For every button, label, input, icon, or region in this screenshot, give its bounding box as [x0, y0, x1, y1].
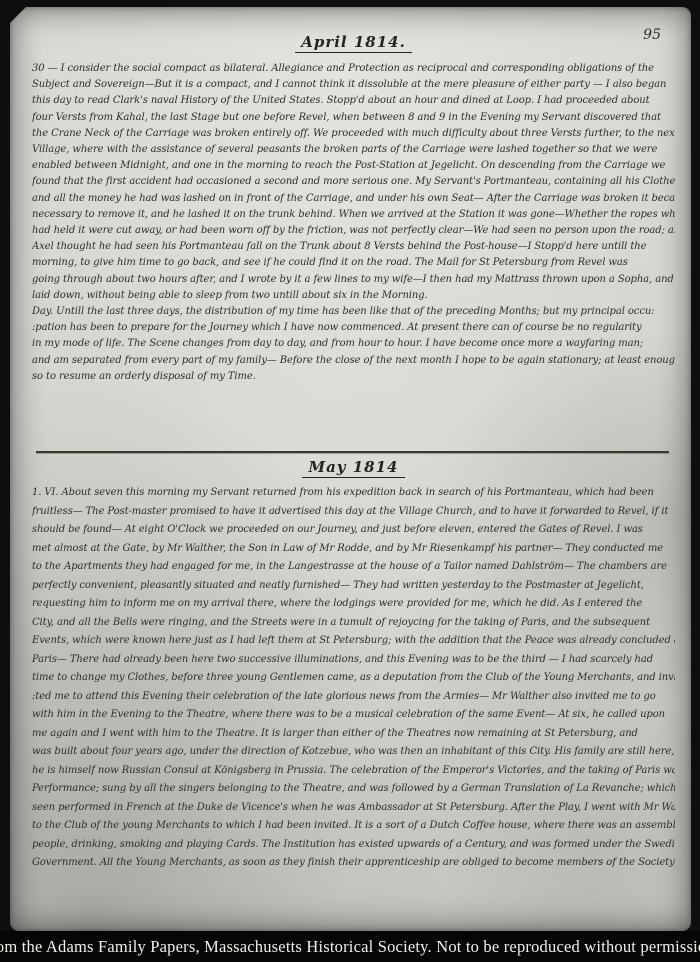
april-lines: 30 — I consider the social compact as bi…	[32, 61, 675, 385]
april-heading: April 1814.	[295, 33, 412, 53]
manuscript-line: 1. VI. About seven this morning my Serva…	[32, 484, 675, 503]
manuscript-line: seen performed in French at the Duke de …	[32, 799, 675, 818]
manuscript-line: should be found— At eight O'Clock we pro…	[32, 521, 675, 540]
manuscript-line: Subject and Sovereign—But it is a compac…	[32, 77, 675, 93]
manuscript-line: :ted me to attend this Evening their cel…	[32, 688, 675, 707]
manuscript-line: had held it were cut away, or had been w…	[32, 223, 675, 239]
caption-text: From the Adams Family Papers, Massachuse…	[0, 937, 700, 957]
manuscript-line: to the Apartments they had engaged for m…	[32, 558, 675, 577]
manuscript-line: City, and all the Bells were ringing, an…	[32, 614, 675, 633]
manuscript-line: fruitless— The Post-master promised to h…	[32, 503, 675, 522]
caption-bar: From the Adams Family Papers, Massachuse…	[0, 931, 700, 962]
manuscript-line: people, drinking, smoking and playing Ca…	[32, 836, 675, 855]
may-heading: May 1814	[302, 458, 404, 478]
manuscript-line: time to change my Clothes, before three …	[32, 669, 675, 688]
manuscript-line: and am separated from every part of my f…	[32, 353, 675, 369]
manuscript-line: to the Club of the young Merchants to wh…	[32, 817, 675, 836]
manuscript-line: me again and I went with him to the Thea…	[32, 725, 675, 744]
manuscript-line: was built about four years ago, under th…	[32, 743, 675, 762]
manuscript-line: Paris— There had already been here two s…	[32, 651, 675, 670]
may-entry: May 1814 1. VI. About seven this morning…	[32, 458, 675, 873]
archival-frame: 95 April 1814. 30 — I consider the socia…	[0, 0, 700, 962]
manuscript-line: 30 — I consider the social compact as bi…	[32, 61, 675, 77]
manuscript-line: the Crane Neck of the Carriage was broke…	[32, 126, 675, 142]
manuscript-line: four Versts from Kahal, the last Stage b…	[32, 110, 675, 126]
manuscript-line: laid down, without being able to sleep f…	[32, 288, 675, 304]
page-number: 95	[643, 27, 661, 43]
manuscript-line: found that the first accident had occasi…	[32, 174, 675, 190]
manuscript-line: he is himself now Russian Consul at Köni…	[32, 762, 675, 781]
april-entry: April 1814. 30 — I consider the social c…	[32, 33, 675, 385]
manuscript-line: Village, where with the assistance of se…	[32, 142, 675, 158]
manuscript-line: necessary to remove it, and he lashed it…	[32, 207, 675, 223]
manuscript-line: Day. Untill the last three days, the dis…	[32, 304, 675, 320]
manuscript-line: requesting him to inform me on my arriva…	[32, 595, 675, 614]
manuscript-line: Government. All the Young Merchants, as …	[32, 854, 675, 873]
manuscript-line: so to resume an orderly disposal of my T…	[32, 369, 675, 385]
manuscript-line: Performance; sung by all the singers bel…	[32, 780, 675, 799]
manuscript-line: in my mode of life. The Scene changes fr…	[32, 336, 675, 352]
manuscript-line: with him in the Evening to the Theatre, …	[32, 706, 675, 725]
manuscript-line: enabled between Midnight, and one in the…	[32, 158, 675, 174]
manuscript-line: morning, to give him time to go back, an…	[32, 255, 675, 271]
manuscript-line: going through about two hours after, and…	[32, 272, 675, 288]
manuscript-line: and all the money he had was lashed on i…	[32, 191, 675, 207]
section-divider-rule	[36, 451, 669, 454]
may-lines: 1. VI. About seven this morning my Serva…	[32, 484, 675, 873]
manuscript-line: :pation has been to prepare for the Jour…	[32, 320, 675, 336]
manuscript-line: this day to read Clark's naval History o…	[32, 93, 675, 109]
manuscript-page: 95 April 1814. 30 — I consider the socia…	[10, 7, 691, 931]
manuscript-line: Axel thought he had seen his Portmanteau…	[32, 239, 675, 255]
manuscript-line: met almost at the Gate, by Mr Walther, t…	[32, 540, 675, 559]
manuscript-line: Events, which were known here just as I …	[32, 632, 675, 651]
manuscript-line: perfectly convenient, pleasantly situate…	[32, 577, 675, 596]
